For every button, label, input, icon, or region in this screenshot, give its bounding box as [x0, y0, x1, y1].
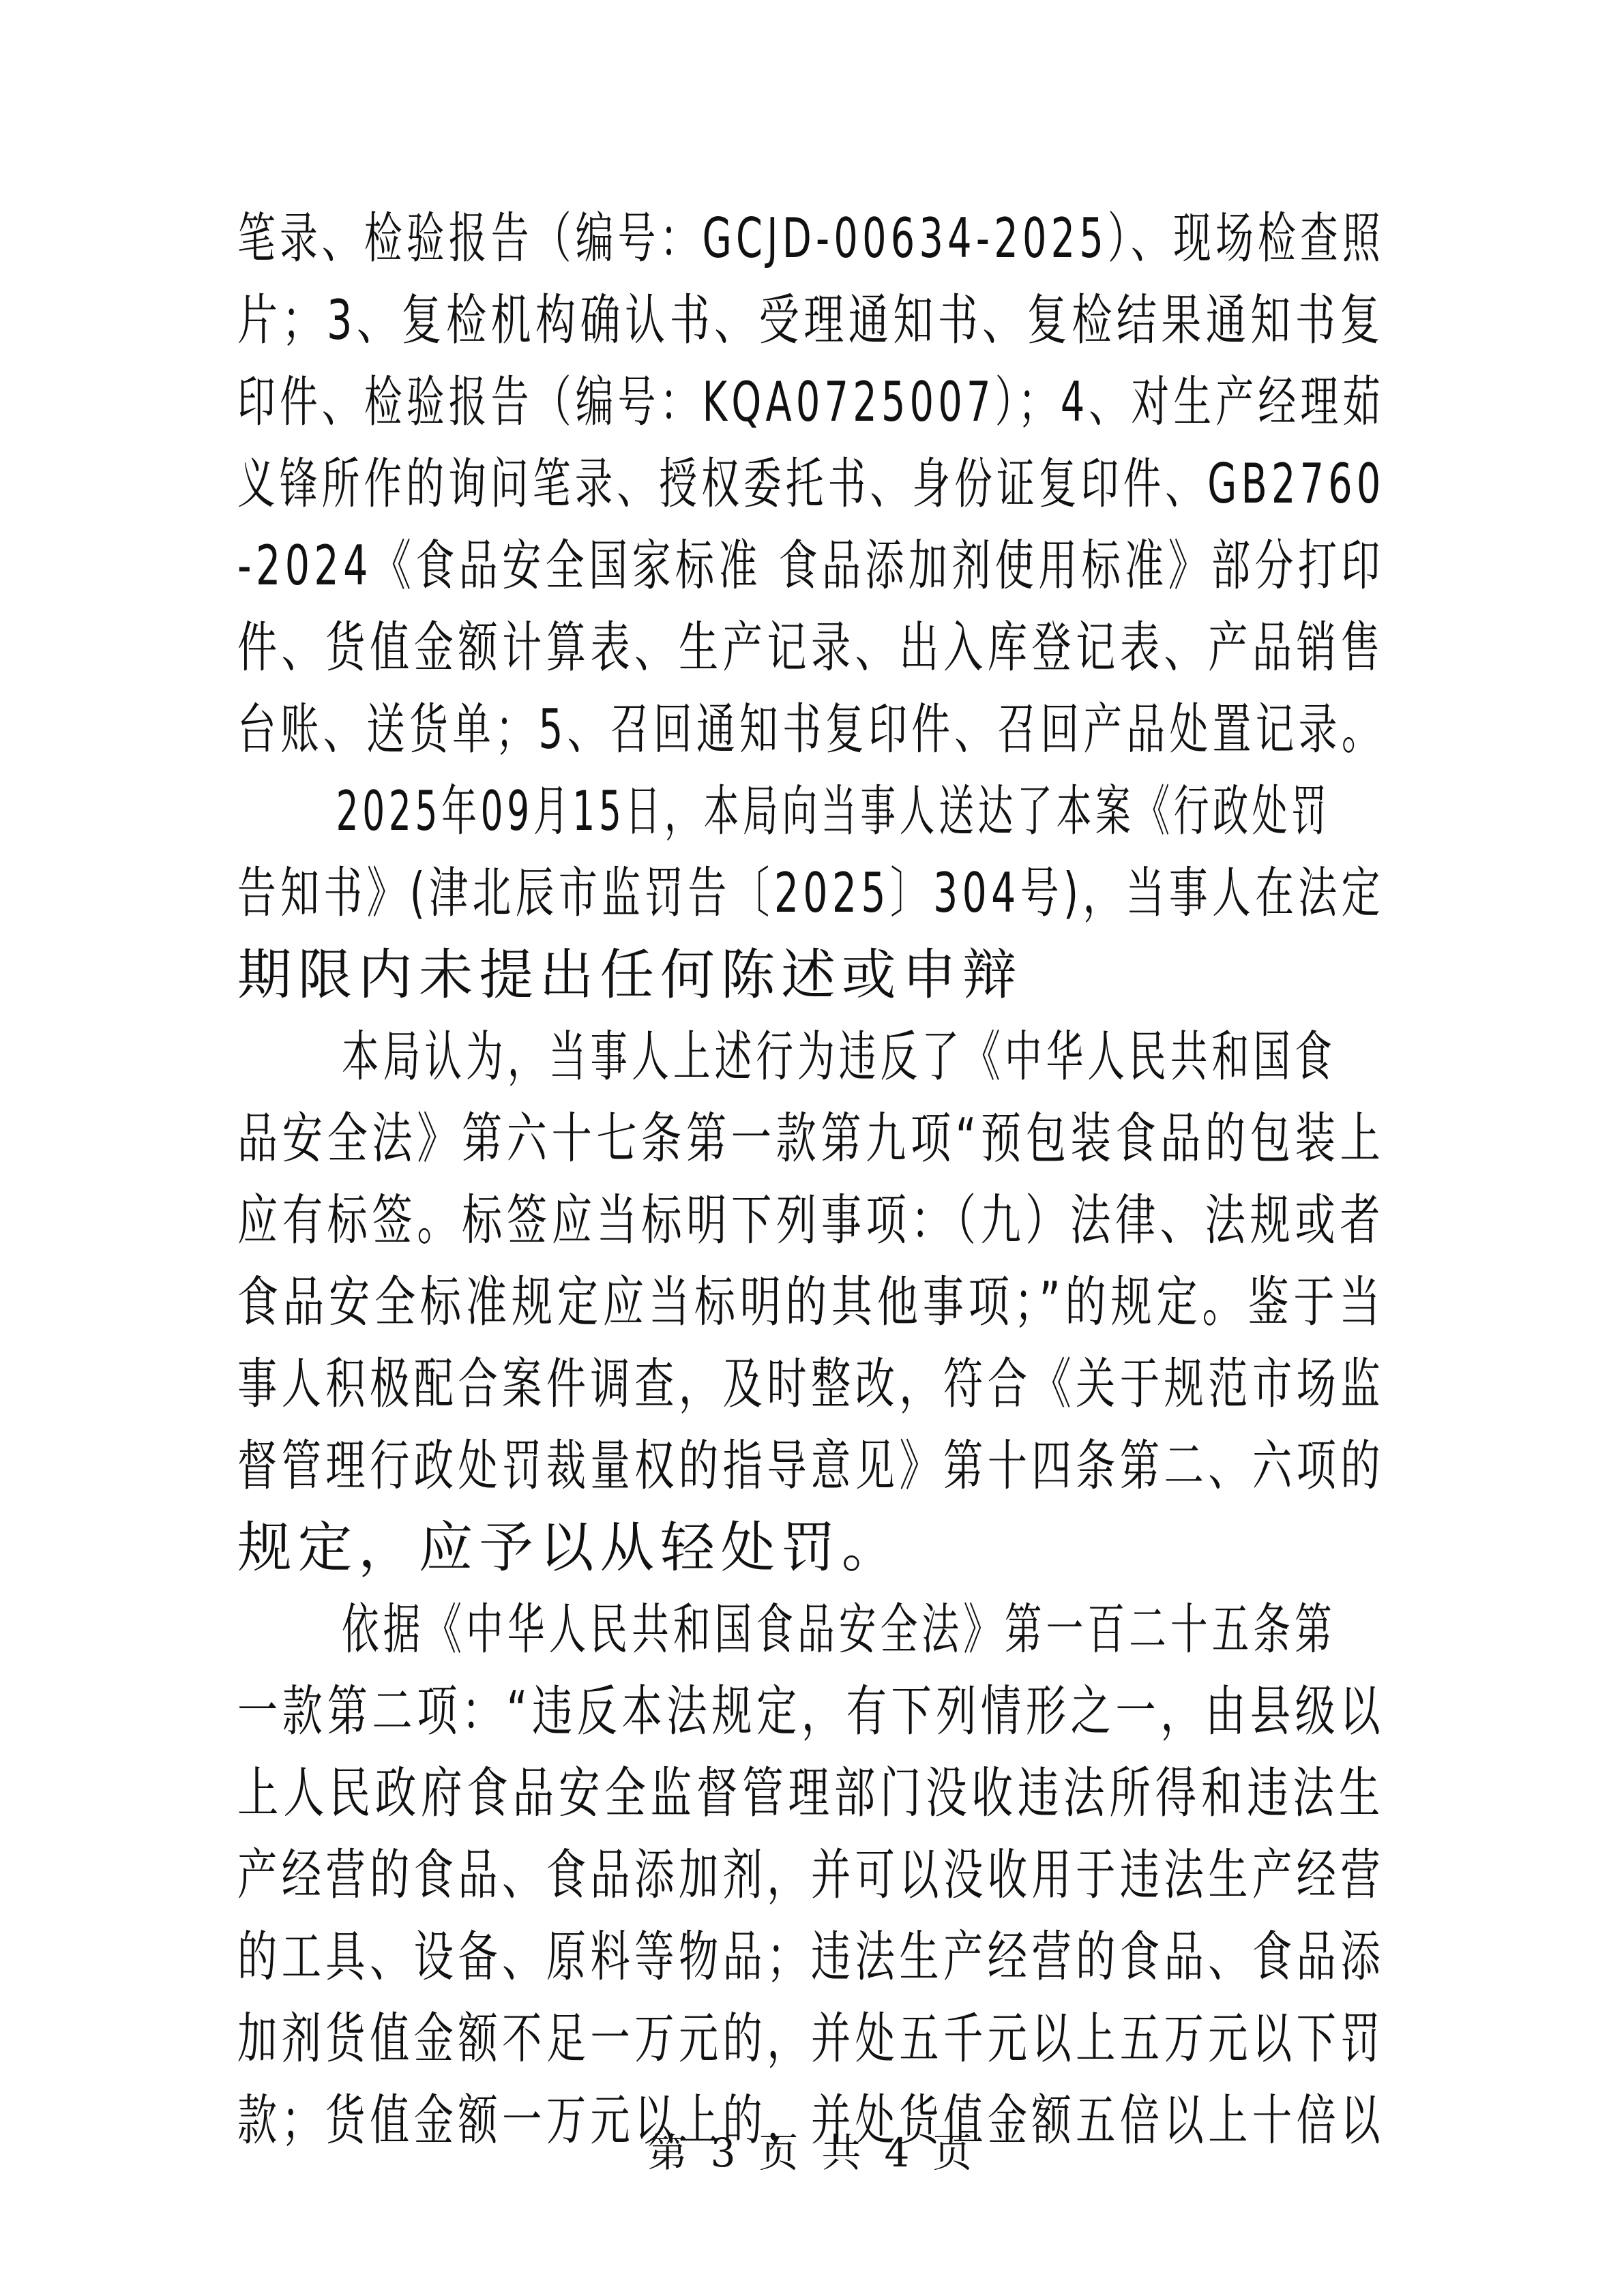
current-page-number: 3 [711, 2130, 740, 2176]
text-line: 件、货值金额计算表、生产记录、出入库登记表、产品销售 [237, 607, 1075, 689]
text-line: 规定，应予以从轻处罚。 [237, 1507, 1385, 1589]
text-line: 品安全法》第六十七条第一款第九项“预包装食品的包装上 [237, 1098, 1089, 1180]
page-prefix: 第 [648, 2130, 692, 2176]
text-line: 依据《中华人民共和国食品安全法》第一百二十五条第 [237, 1589, 1024, 1671]
text-line: 本局认为，当事人上述行为违反了《中华人民共和国食 [237, 1016, 1024, 1098]
text-line: -2024《食品安全国家标准 食品添加剂使用标准》部分打印 [237, 525, 1059, 607]
paragraph-evidence-list: 笔录、检验报告（编号：GCJD-00634-2025）、现场检查照 片；3、复检… [237, 198, 1390, 771]
text-line: 期限内未提出任何陈述或申辩 [237, 934, 1385, 1016]
text-line: 产经营的食品、食品添加剂，并可以没收用于违法生产经营 [237, 1834, 1075, 1916]
paragraph-notice-delivery: 2025年09月15日，本局向当事人送达了本案《行政处罚 告知书》(津北辰市监罚… [237, 771, 1390, 1016]
page-word: 页 [758, 2130, 802, 2176]
text-line: 上人民政府食品安全监督管理部门没收违法所得和违法生 [237, 1753, 1109, 1834]
text-line: 食品安全标准规定应当标明的其他事项；”的规定。鉴于当 [237, 1262, 1105, 1343]
text-line: 事人积极配合案件调查，及时整改，符合《关于规范市场监 [237, 1343, 1075, 1425]
paragraph-legal-finding: 本局认为，当事人上述行为违反了《中华人民共和国食 品安全法》第六十七条第一款第九… [237, 1016, 1390, 1589]
page-number-footer: 第3页共4页 [0, 2121, 1624, 2178]
text-line: 告知书》(津北辰市监罚告〔2025〕304号)，当事人在法定 [237, 852, 1056, 934]
text-line: 应有标签。标签应当标明下列事项：（九）法律、法规或者 [237, 1180, 1090, 1262]
total-page-count: 4 [885, 2130, 914, 2176]
text-line: 笔录、检验报告（编号：GCJD-00634-2025）、现场检查照 [237, 198, 1040, 280]
text-line: 台账、送货单；5、召回通知书复印件、召回产品处置记录。 [237, 689, 1054, 771]
text-line: 印件、检验报告（编号：KQA0725007）；4、对生产经理茹 [237, 361, 1040, 443]
text-line: 督管理行政处罚裁量权的指导意见》第十四条第二、六项的 [237, 1425, 1075, 1507]
document-body: 笔录、检验报告（编号：GCJD-00634-2025）、现场检查照 片；3、复检… [237, 198, 1390, 2162]
text-line: 一款第二项：“违反本法规定，有下列情形之一，由县级以 [237, 1671, 1089, 1753]
text-line: 2025年09月15日，本局向当事人送达了本案《行政处罚 [237, 771, 981, 852]
text-line: 加剂货值金额不足一万元的，并处五千元以上五万元以下罚 [237, 1998, 1075, 2080]
document-page: 笔录、检验报告（编号：GCJD-00634-2025）、现场检查照 片；3、复检… [0, 0, 1624, 2296]
paragraph-legal-basis: 依据《中华人民共和国食品安全法》第一百二十五条第 一款第二项：“违反本法规定，有… [237, 1589, 1390, 2162]
total-suffix: 页 [932, 2130, 976, 2176]
total-prefix: 共 [822, 2130, 866, 2176]
text-line: 义锋所作的询问笔录、授权委托书、身份证复印件、GB2760 [237, 443, 1038, 525]
text-line: 的工具、设备、原料等物品；违法生产经营的食品、食品添 [237, 1916, 1075, 1998]
text-line: 片；3、复检机构确认书、受理通知书、复检结果通知书复 [237, 280, 1086, 361]
